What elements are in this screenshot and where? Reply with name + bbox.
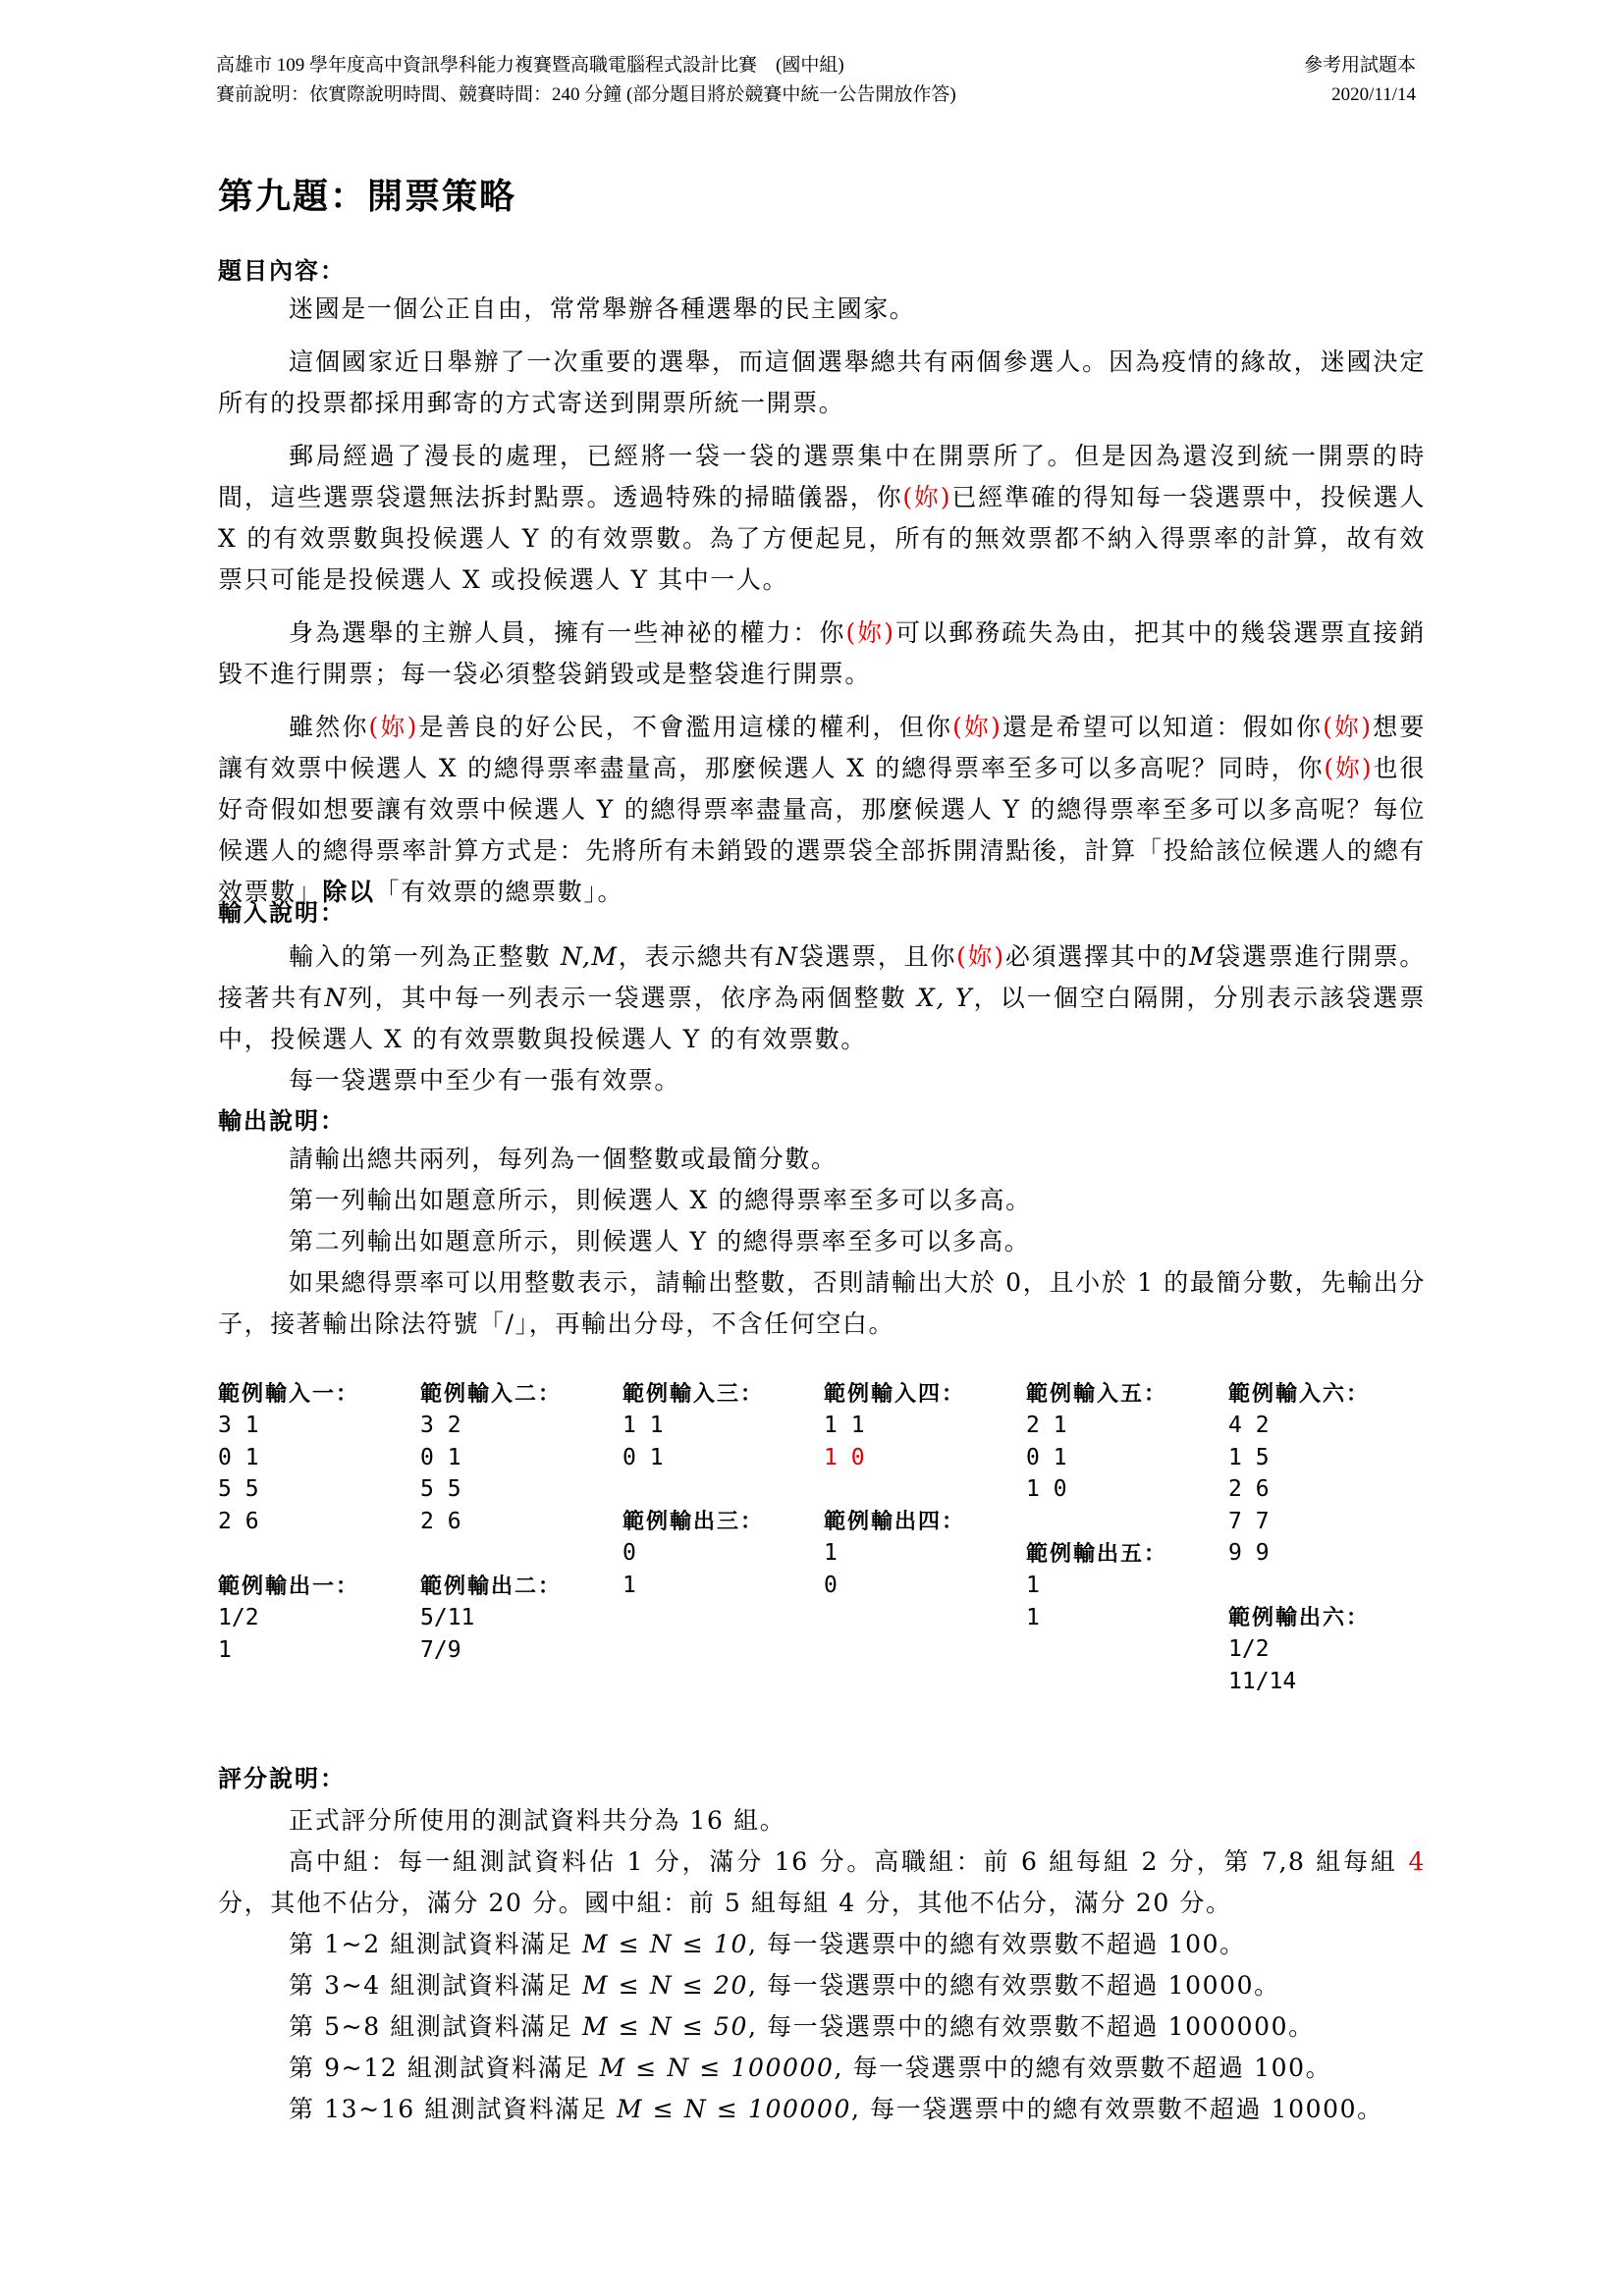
sample-input: 3 1 0 1 5 5 2 6 [218,1410,359,1537]
gender-note: (妳) [1323,713,1372,741]
page-header-right: 參考用試題本 2020/11/14 [1304,51,1416,110]
sample-input: 3 2 0 1 5 5 2 6 [420,1410,562,1537]
contest-info: 賽前說明：依實際說明時間、競賽時間：240 分鐘 (部分題目將於競賽中統一公告開… [216,80,956,110]
input-section: 輸入說明： 輸入的第一列為正整數 N,M，表示總共有N袋選票，且你(妳)必須選擇… [218,895,1426,1101]
scoring-section: 評分說明： 正式評分所使用的測試資料共分為 16 組。 高中組：每一組測試資料佔… [218,1761,1426,2130]
input-paragraph-1: 輸入的第一列為正整數 N,M，表示總共有N袋選票，且你(妳)必須選擇其中的M袋選… [218,936,1426,1060]
sample-output-label: 範例輸出六： [1228,1602,1370,1633]
sample-input-highlight: 1 0 [824,1442,965,1474]
sample-input-label: 範例輸入五： [1026,1378,1167,1410]
sample-output: 5/11 7/9 [420,1602,562,1666]
input-heading: 輸入說明： [218,895,1426,931]
sample-input: 1 1 [824,1410,965,1442]
output-paragraph-2: 第一列輸出如題意所示，則候選人 X 的總得票率至多可以多高。 [218,1180,1426,1221]
scoring-heading: 評分說明： [218,1761,1426,1796]
gender-note: (妳) [952,713,1001,741]
sample-input-label: 範例輸入四： [824,1378,965,1410]
subtask-5: 第 13~16 組測試資料滿足 M ≤ N ≤ 100000, 每一袋選票中的總… [218,2089,1426,2130]
page-header-left: 高雄市 109 學年度高中資訊學科能力複賽暨高職電腦程式設計比賽 (國中組) 賽… [216,51,956,110]
subtask-4: 第 9~12 組測試資料滿足 M ≤ N ≤ 100000, 每一袋選票中的總有… [218,2048,1426,2089]
content-paragraph-5: 雖然你(妳)是善良的好公民，不會濫用這樣的權利，但你(妳)還是希望可以知道：假如… [218,707,1426,913]
scoring-paragraph-2: 高中組：每一組測試資料佔 1 分，滿分 16 分。高職組：前 6 組每組 2 分… [218,1842,1426,1924]
contest-title: 高雄市 109 學年度高中資訊學科能力複賽暨高職電腦程式設計比賽 (國中組) [216,51,956,80]
subtask-3: 第 5~8 組測試資料滿足 M ≤ N ≤ 50, 每一袋選票中的總有效票數不超… [218,2006,1426,2048]
content-paragraph-2: 這個國家近日舉辦了一次重要的選舉，而這個選舉總共有兩個參選人。因為疫情的緣故，迷… [218,342,1426,424]
sample-input-label: 範例輸入二： [420,1378,562,1410]
content-paragraph-4: 身為選舉的主辦人員，擁有一些神祕的權力：你(妳)可以郵務疏失為由，把其中的幾袋選… [218,613,1426,695]
output-paragraph-1: 請輸出總共兩列，每列為一個整數或最簡分數。 [218,1139,1426,1180]
sample-input-label: 範例輸入三： [623,1378,764,1410]
sample-output: 1/2 1 [218,1602,359,1666]
sample-input: 4 2 1 5 2 6 7 7 9 9 [1228,1410,1370,1570]
contest-date: 2020/11/14 [1304,80,1416,110]
subtask-2: 第 3~4 組測試資料滿足 M ≤ N ≤ 20, 每一袋選票中的總有效票數不超… [218,1965,1426,2006]
output-heading: 輸出說明： [218,1103,1426,1139]
output-section: 輸出說明： 請輸出總共兩列，每列為一個整數或最簡分數。 第一列輸出如題意所示，則… [218,1103,1426,1345]
gender-note: (妳) [369,713,418,741]
samples-grid: 範例輸入一：3 1 0 1 5 5 2 6 範例輸出一：1/2 1 範例輸入二：… [218,1378,1435,1712]
content-paragraph-3: 郵局經過了漫長的處理，已經將一袋一袋的選票集中在開票所了。但是因為還沒到統一開票… [218,436,1426,601]
content-heading: 題目內容： [218,253,1426,289]
sample-output: 1 0 [824,1537,965,1601]
score-highlight: 4 [1408,1847,1426,1876]
sample-input-label: 範例輸入一： [218,1378,359,1410]
gender-note: (妳) [956,942,1005,971]
problem-title: 第九題：開票策略 [218,169,516,219]
sample-input: 2 1 0 1 1 0 [1026,1410,1167,1506]
gender-note: (妳) [1324,754,1373,782]
booklet-label: 參考用試題本 [1304,51,1416,80]
sample-output: 0 1 [623,1537,764,1601]
content-paragraph-1: 迷國是一個公正自由，常常舉辦各種選舉的民主國家。 [218,289,1426,330]
sample-output-label: 範例輸出四： [824,1506,965,1537]
sample-input: 1 1 0 1 [623,1410,764,1473]
gender-note: (妳) [845,618,894,647]
sample-output: 1/2 11/14 [1228,1633,1370,1697]
sample-output-label: 範例輸出五： [1026,1538,1167,1570]
sample-output: 1 1 [1026,1570,1167,1633]
sample-input-label: 範例輸入六： [1228,1378,1370,1410]
gender-note: (妳) [902,483,951,511]
sample-output-label: 範例輸出三： [623,1506,764,1537]
sample-output-label: 範例輸出二： [420,1571,562,1602]
output-paragraph-3: 第二列輸出如題意所示，則候選人 Y 的總得票率至多可以多高。 [218,1221,1426,1262]
subtask-1: 第 1~2 組測試資料滿足 M ≤ N ≤ 10, 每一袋選票中的總有效票數不超… [218,1924,1426,1965]
output-paragraph-4: 如果總得票率可以用整數表示，請輸出整數，否則請輸出大於 0，且小於 1 的最簡分… [218,1262,1426,1345]
input-paragraph-2: 每一袋選票中至少有一張有效票。 [218,1060,1426,1101]
scoring-paragraph-1: 正式評分所使用的測試資料共分為 16 組。 [218,1800,1426,1842]
problem-content-section: 題目內容： 迷國是一個公正自由，常常舉辦各種選舉的民主國家。 這個國家近日舉辦了… [218,253,1426,913]
sample-output-label: 範例輸出一： [218,1571,359,1602]
